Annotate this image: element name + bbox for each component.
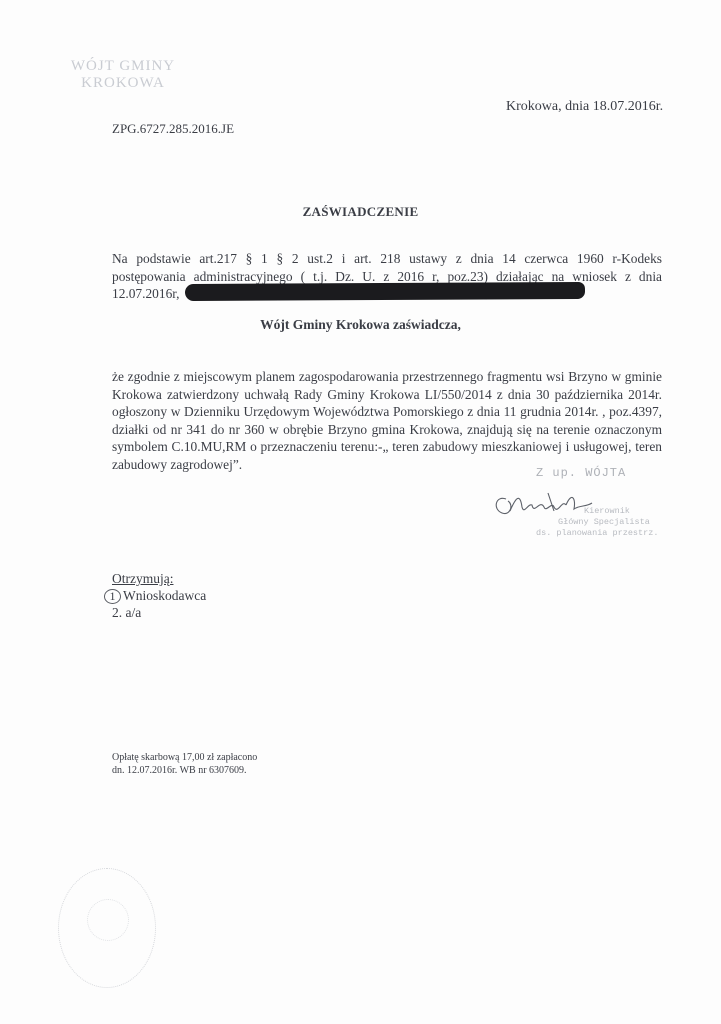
- body-line-2: Krokowa zatwierdzony uchwałą Rady Gminy …: [112, 386, 662, 404]
- place-and-date: Krokowa, dnia 18.07.2016r.: [506, 99, 663, 115]
- stamp-line: ds. planowania przestrz.: [536, 528, 658, 539]
- fee-line-2: dn. 12.07.2016r. WB nr 6307609.: [112, 764, 257, 777]
- recipient-number: 2.: [112, 605, 122, 620]
- body-paragraph: że zgodnie z miejscowym planem zagospoda…: [112, 368, 662, 473]
- stamp-line: Kierownik: [550, 506, 658, 517]
- body-line-5: symbolem C.10.MU,RM o przeznaczeniu tere…: [112, 438, 662, 456]
- body-line-4: działki od nr 341 do nr 360 w obrębie Br…: [112, 421, 662, 439]
- fee-line-1: Opłatę skarbową 17,00 zł zapłacono: [112, 751, 257, 764]
- office-stamp-header: WÓJT GMINY KROKOWA: [48, 58, 198, 92]
- body-line-3: ogłoszony w Dzienniku Urzędowym Wojewódz…: [112, 403, 662, 421]
- on-behalf-stamp: Z up. WÓJTA: [536, 466, 626, 480]
- body-line-1: że zgodnie z miejscowym planem zagospoda…: [112, 368, 662, 386]
- redaction-bar: [185, 282, 585, 301]
- stamp-duty-note: Opłatę skarbową 17,00 zł zapłacono dn. 1…: [112, 751, 257, 777]
- recipients-list: Otrzymują: 1Wnioskodawca 2. a/a: [112, 570, 206, 621]
- declarant-statement: Wójt Gminy Krokowa zaświadcza,: [0, 317, 721, 333]
- circled-number-icon: 1: [104, 589, 121, 604]
- recipients-header: Otrzymują:: [112, 570, 206, 587]
- recipient-item: 2. a/a: [112, 604, 206, 621]
- intro-line-1: Na podstawie art.217 § 1 § 2 ust.2 i art…: [112, 250, 662, 268]
- signature-block: Z up. WÓJTA Kierownik Główny Specjalista…: [478, 463, 668, 543]
- document-title: ZAŚWIADCZENIE: [0, 204, 721, 220]
- official-name-stamp: Kierownik Główny Specjalista ds. planowa…: [550, 506, 658, 539]
- application-date: 12.07.2016r,: [112, 286, 180, 301]
- official-seal-icon: [58, 868, 156, 988]
- recipient-item: 1Wnioskodawca: [112, 587, 206, 604]
- stamp-line-2: KROKOWA: [48, 75, 198, 92]
- recipient-name: Wnioskodawca: [123, 588, 206, 603]
- stamp-line-1: WÓJT GMINY: [48, 58, 198, 75]
- stamp-line: Główny Specjalista: [550, 517, 658, 528]
- recipient-name: a/a: [126, 605, 142, 620]
- reference-number: ZPG.6727.285.2016.JE: [112, 121, 234, 137]
